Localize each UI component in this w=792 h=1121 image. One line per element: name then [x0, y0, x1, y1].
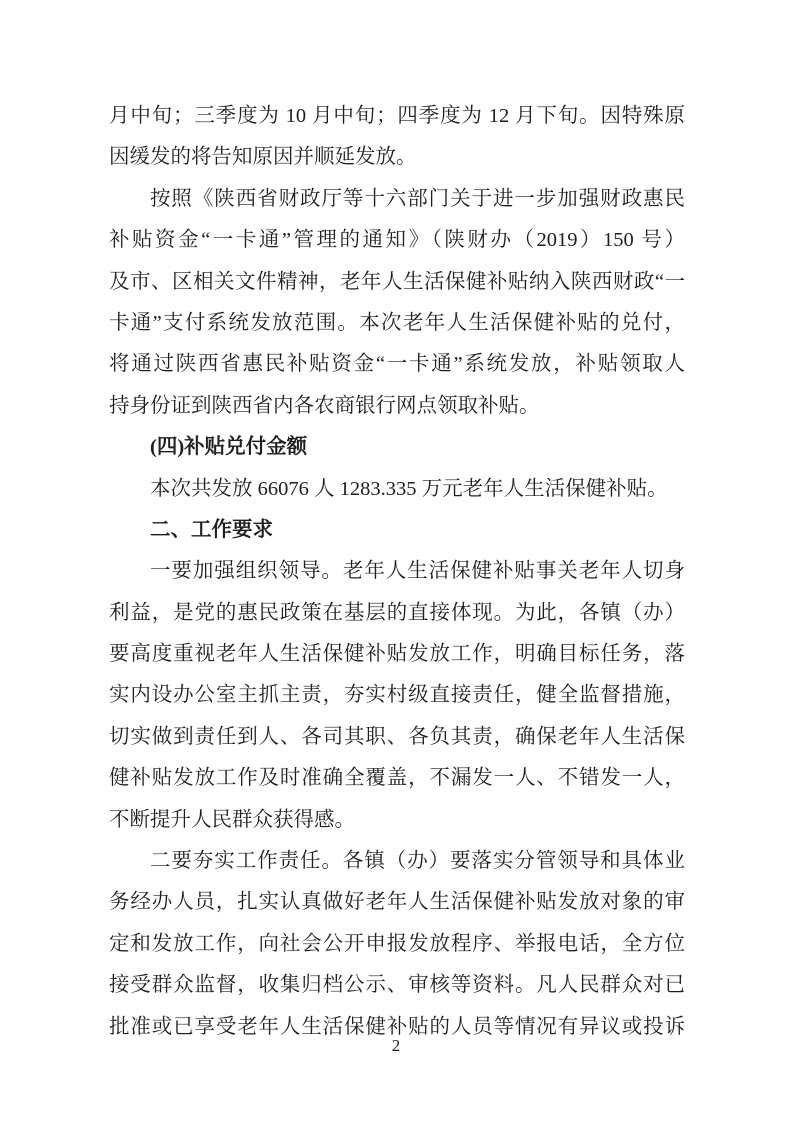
text-line: 务经办人员，扎实认真做好老年人生活保健补贴发放对象的审	[109, 882, 685, 923]
text-line: 定和发放工作，向社会公开申报发放程序、举报电话，全方位	[109, 924, 685, 965]
text-line: 二要夯实工作责任。各镇（办）要落实分管领导和具体业	[109, 841, 685, 882]
heading-line: 二、工作要求	[109, 510, 685, 551]
document-page: 月中旬；三季度为 10 月中旬；四季度为 12 月下旬。因特殊原因缓发的将告知原…	[0, 0, 792, 1121]
text-line: 卡通”支付系统发放范围。本次老年人生活保健补贴的兑付，	[109, 303, 685, 344]
text-line: 本次共发放 66076 人 1283.335 万元老年人生活保健补贴。	[109, 469, 685, 510]
document-body: 月中旬；三季度为 10 月中旬；四季度为 12 月下旬。因特殊原因缓发的将告知原…	[109, 96, 685, 1048]
text-line: 健补贴发放工作及时准确全覆盖，不漏发一人、不错发一人，	[109, 758, 685, 799]
text-line: 持身份证到陕西省内各农商银行网点领取补贴。	[109, 386, 685, 427]
text-line: 及市、区相关文件精神，老年人生活保健补贴纳入陕西财政“一	[109, 262, 685, 303]
text-line: 一要加强组织领导。老年人生活保健补贴事关老年人切身	[109, 551, 685, 592]
text-line: 不断提升人民群众获得感。	[109, 800, 685, 841]
text-line: 补贴资金“一卡通”管理的通知》（陕财办（2019）150 号）	[109, 220, 685, 261]
text-line: 按照《陕西省财政厅等十六部门关于进一步加强财政惠民	[109, 179, 685, 220]
heading-line: (四)补贴兑付金额	[109, 427, 685, 468]
text-line: 要高度重视老年人生活保健补贴发放工作，明确目标任务，落	[109, 634, 685, 675]
text-line: 月中旬；三季度为 10 月中旬；四季度为 12 月下旬。因特殊原	[109, 96, 685, 137]
page-number: 2	[0, 1036, 792, 1056]
text-line: 接受群众监督，收集归档公示、审核等资料。凡人民群众对已	[109, 965, 685, 1006]
text-line: 利益，是党的惠民政策在基层的直接体现。为此，各镇（办）	[109, 593, 685, 634]
text-line: 将通过陕西省惠民补贴资金“一卡通”系统发放，补贴领取人	[109, 344, 685, 385]
text-line: 实内设办公室主抓主责，夯实村级直接责任，健全监督措施，	[109, 675, 685, 716]
text-line: 切实做到责任到人、各司其职、各负其责，确保老年人生活保	[109, 717, 685, 758]
text-line: 因缓发的将告知原因并顺延发放。	[109, 137, 685, 178]
